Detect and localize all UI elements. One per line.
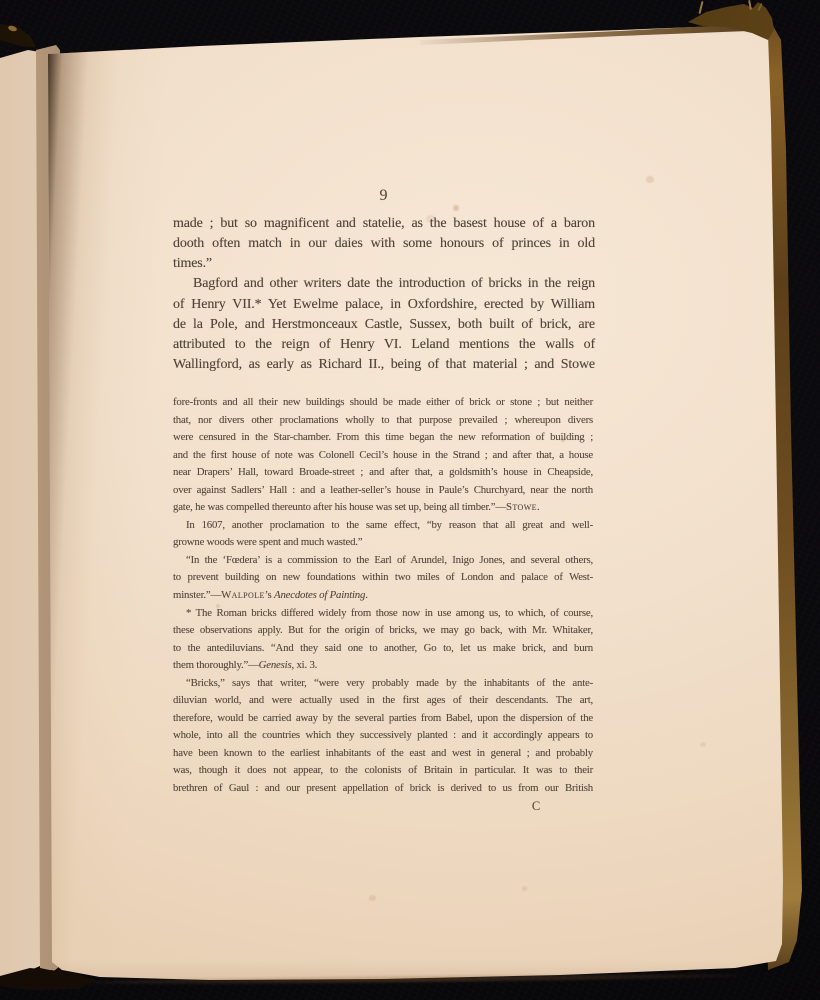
text-line: * The Roman bricks differed widely from … [173,605,593,623]
text-line: attributed to the reign of Henry VI. Lel… [173,335,595,355]
text-line: made ; but so magnificent and statelie, … [173,214,595,234]
text-line: therefore, would be carried away by the … [173,710,593,728]
text-line: minster.”—Walpole’s Anecdotes of Paintin… [173,587,593,605]
text-line: them thoroughly.”—Genesis, xi. 3. [173,657,593,675]
text-line: growne woods were spent and much wasted.… [173,534,593,552]
text-line: brethren of Gaul : and our present appel… [173,780,593,798]
text-line: over against Sadlers’ Hall : and a leath… [173,482,593,500]
text-line: have been known to the earliest inhabita… [173,745,593,763]
text-line: and the first house of note was Colonell… [173,447,593,465]
text-line: of Henry VII.* Yet Ewelme palace, in Oxf… [173,295,595,315]
text-line: that, nor divers other proclamations who… [173,412,593,430]
text-line: Wallingford, as early as Richard II., be… [173,355,595,375]
text-line: “Bricks,” says that writer, “were very p… [173,675,593,693]
main-text-block: made ; but so magnificent and statelie, … [173,214,595,375]
text-line: whole, into all the countries which they… [173,727,593,745]
text-line: these observations apply. But for the or… [173,622,593,640]
text-line: fore-fronts and all their new buildings … [173,394,593,412]
text-line: times.” [173,254,595,274]
text-line: de la Pole, and Herstmonceaux Castle, Su… [173,315,595,335]
text-line: near Drapers’ Hall, toward Broade-street… [173,464,593,482]
text-line: dooth often match in our daies with some… [173,234,595,254]
page-content: 9 made ; but so magnificent and statelie… [0,0,820,1000]
text-line: to prevent building on new foundations w… [173,569,593,587]
text-line: gate, he was compelled thereunto after h… [173,499,593,517]
text-line: “In the ‘Fœdera’ is a commission to the … [173,552,593,570]
text-line: was, though it does not appear, to the c… [173,762,593,780]
footnotes-block: fore-fronts and all their new buildings … [173,394,593,798]
text-line: Bagford and other writers date the intro… [173,274,595,294]
text-line: diluvian world, and were actually used i… [173,692,593,710]
text-line: were censured in the Star-chamber. From … [173,429,593,447]
text-line: In 1607, another proclamation to the sam… [173,517,593,535]
book-photo: 9 made ; but so magnificent and statelie… [0,0,820,1000]
page-number: 9 [173,187,595,205]
text-line: to the antediluvians. “And they said one… [173,640,593,658]
signature-mark: C [529,799,543,814]
